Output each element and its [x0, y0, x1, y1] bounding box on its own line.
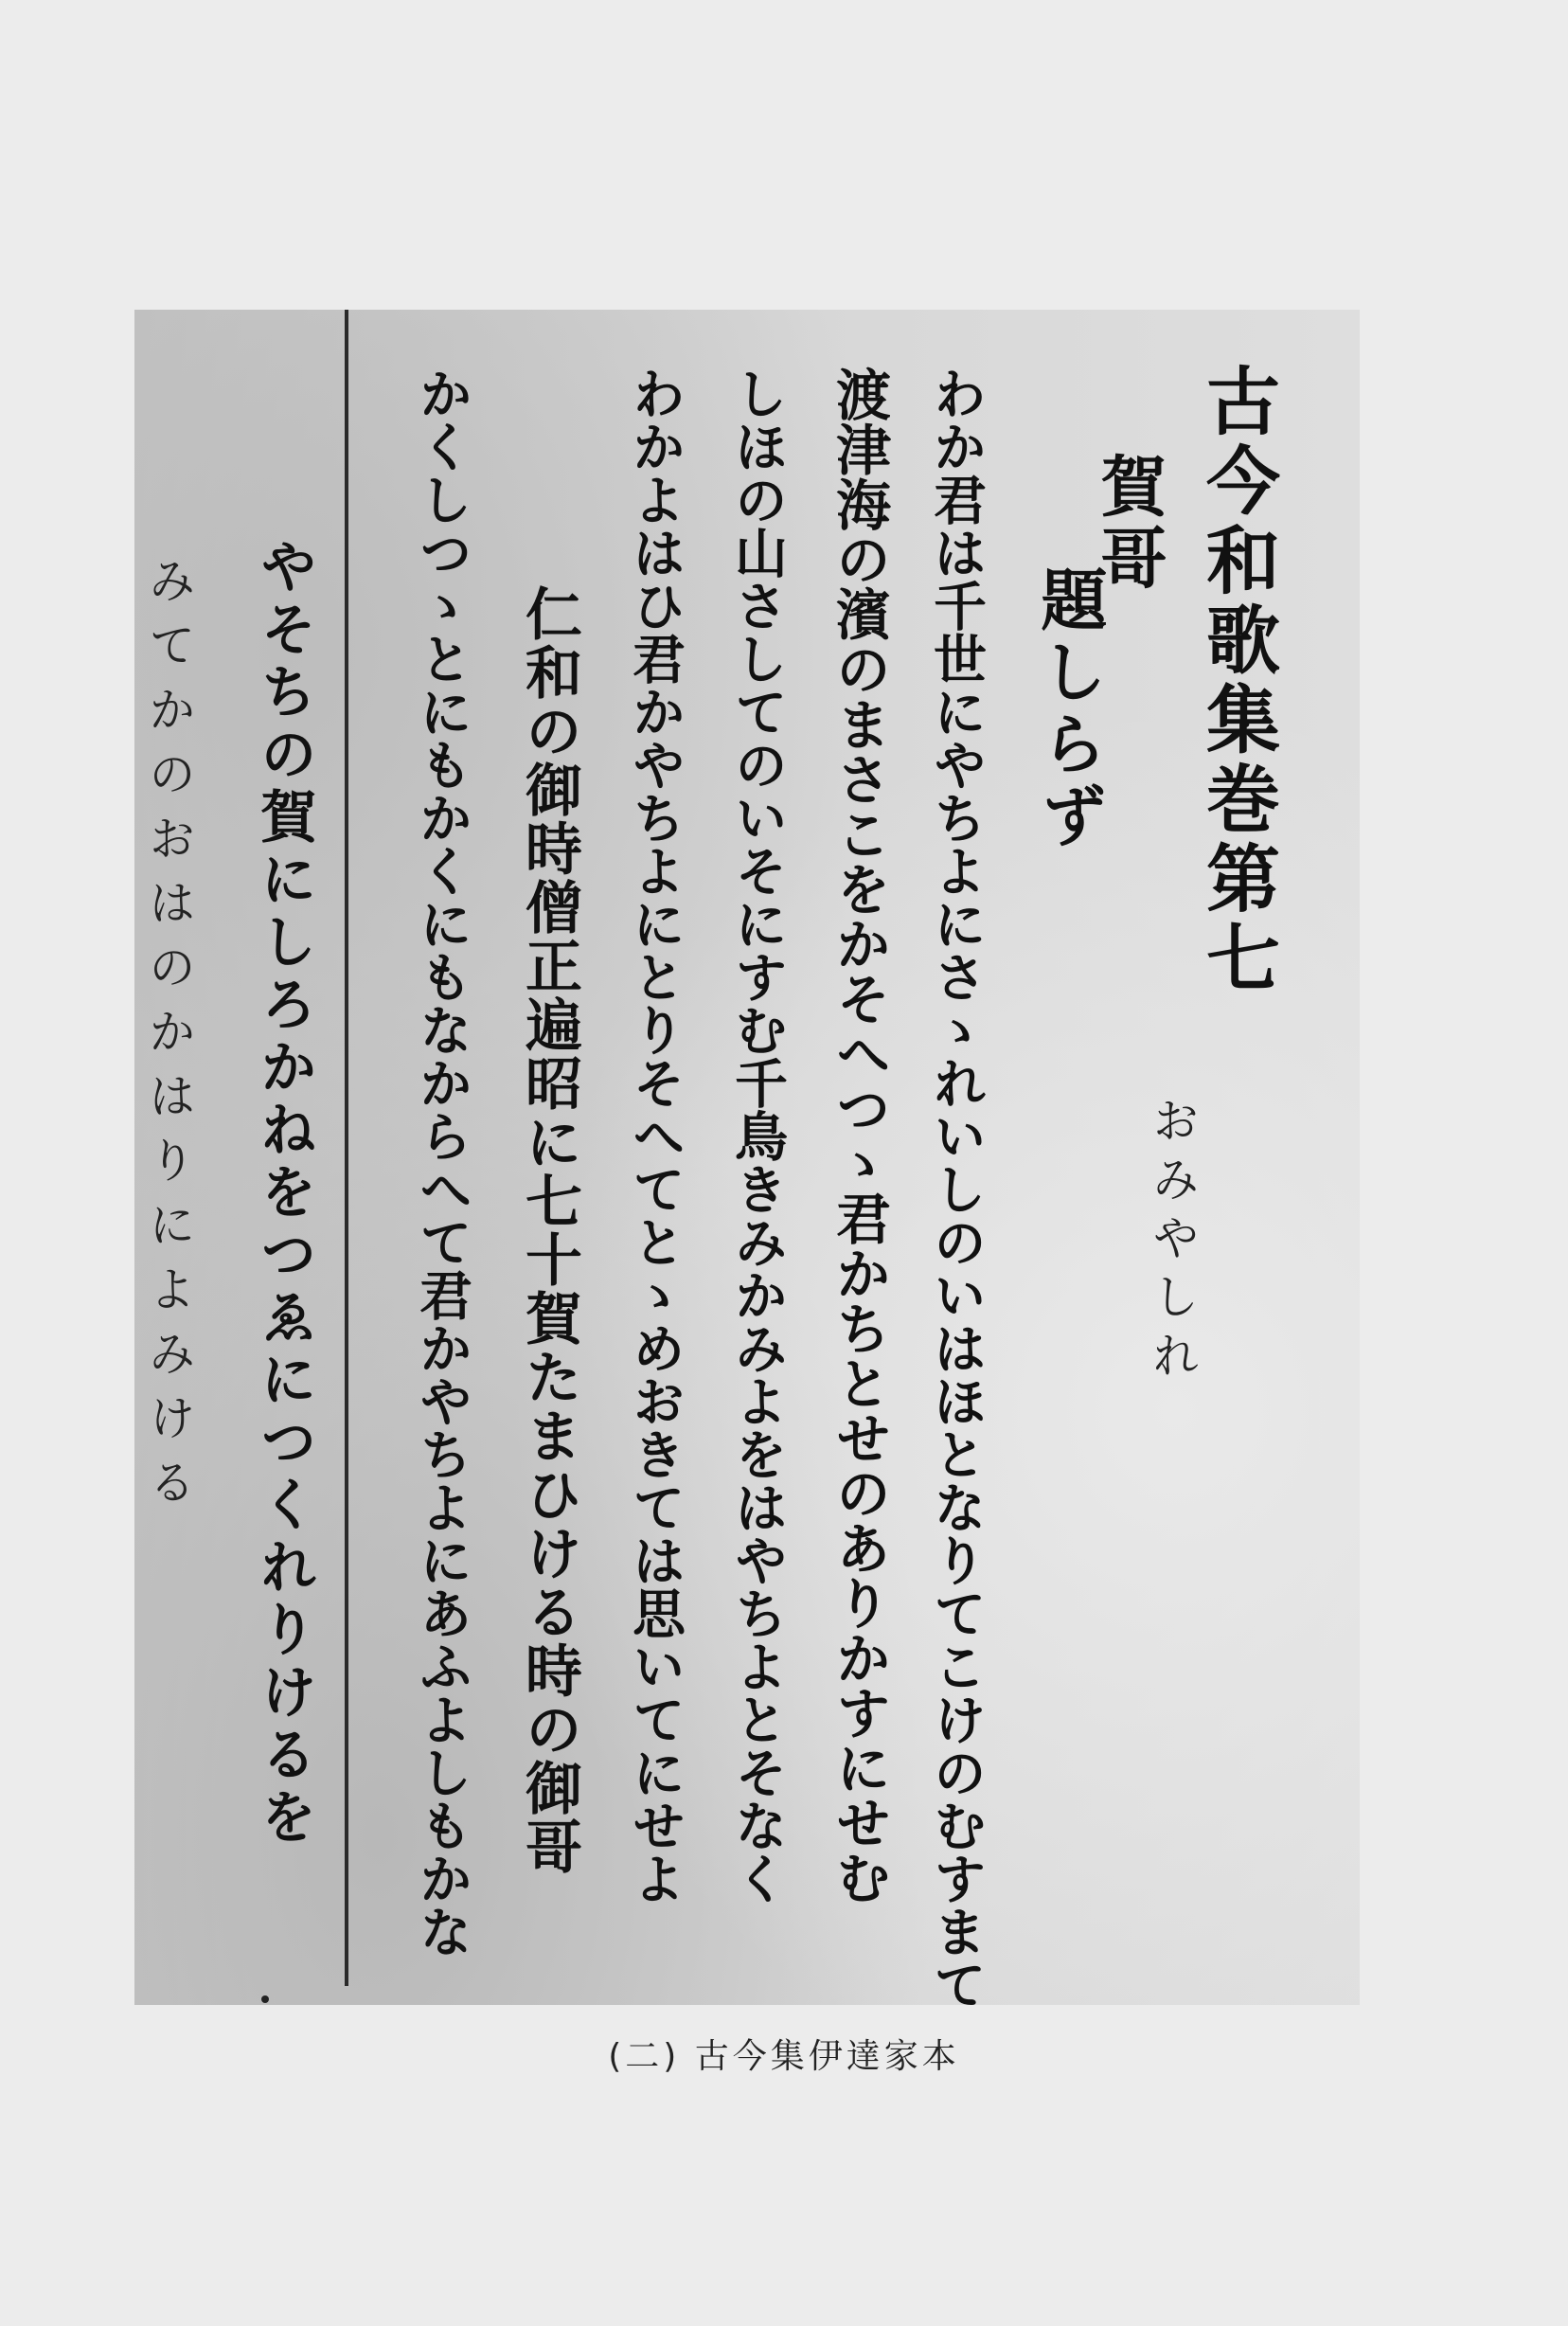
ink-dot	[261, 1995, 269, 2003]
column-divider-line	[345, 310, 348, 1986]
annotation-column: おみやしれ	[1138, 1096, 1206, 1389]
poem-column-3: しほの山さしてのいそにすむ千鳥きみかみよをはやちよとそなく	[720, 367, 795, 1905]
figure-caption: (二) 古今集伊達家本	[0, 2030, 1568, 2078]
note-column-1: 仁和の御時僧正遍昭に七十賀たまひける時の御哥	[508, 584, 590, 1876]
intro-column: 題しらず	[1022, 565, 1117, 853]
poem-column-4: わかよはひ君かやちよにとりそへてとゝめおきては思いてにせよ	[617, 367, 693, 1905]
left-column-2: みてかのおはのかはりによみける	[134, 556, 203, 1522]
poem-column-2: 渡津海の濱のまさこをかそへつゝ君かちとせのありかすにせむ	[819, 367, 899, 1905]
poem-column-5: かくしつゝとにもかくにもなからへて君かやちよにあふよしもかな	[404, 367, 480, 1958]
manuscript-title-column: 古今和歌集巻第七	[1184, 363, 1290, 999]
left-column-1: やそちの賀にしろかねをつゑにつくれりけるを	[243, 537, 325, 1850]
manuscript-photo: 古今和歌集巻第七 賀哥 題しらず わか君は千世にやちよにさゝれいしのいはほとなり…	[134, 310, 1360, 2005]
poem-column-1: わか君は千世にやちよにさゝれいしのいはほとなりてこけのむすまて	[918, 367, 994, 2005]
